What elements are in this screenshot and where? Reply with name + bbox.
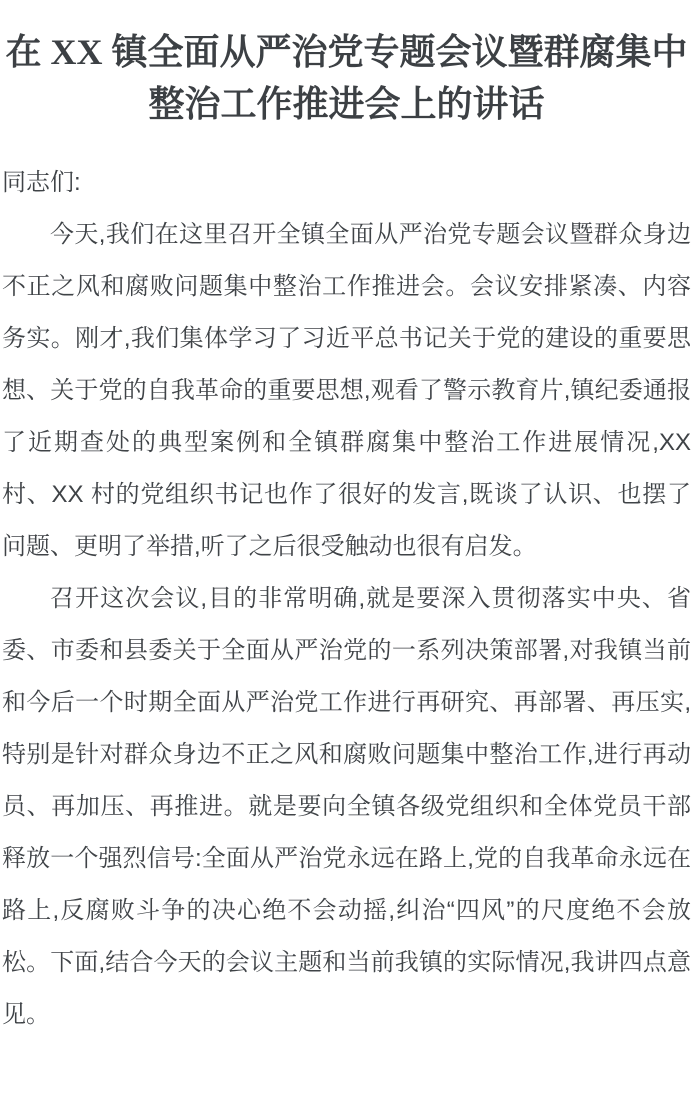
document-title: 在 XX 镇全面从严治党专题会议暨群腐集中整治工作推进会上的讲话 xyxy=(2,26,691,130)
salutation: 同志们: xyxy=(2,157,691,209)
paragraph-purpose: 召开这次会议,目的非常明确,就是要深入贯彻落实中央、省委、市委和县委关于全面从严… xyxy=(2,573,691,1041)
paragraph-opening: 今天,我们在这里召开全镇全面从严治党专题会议暨群众身边不正之风和腐败问题集中整治… xyxy=(2,209,691,573)
document-page: 在 XX 镇全面从严治党专题会议暨群腐集中整治工作推进会上的讲话 同志们: 今天… xyxy=(0,0,693,1097)
